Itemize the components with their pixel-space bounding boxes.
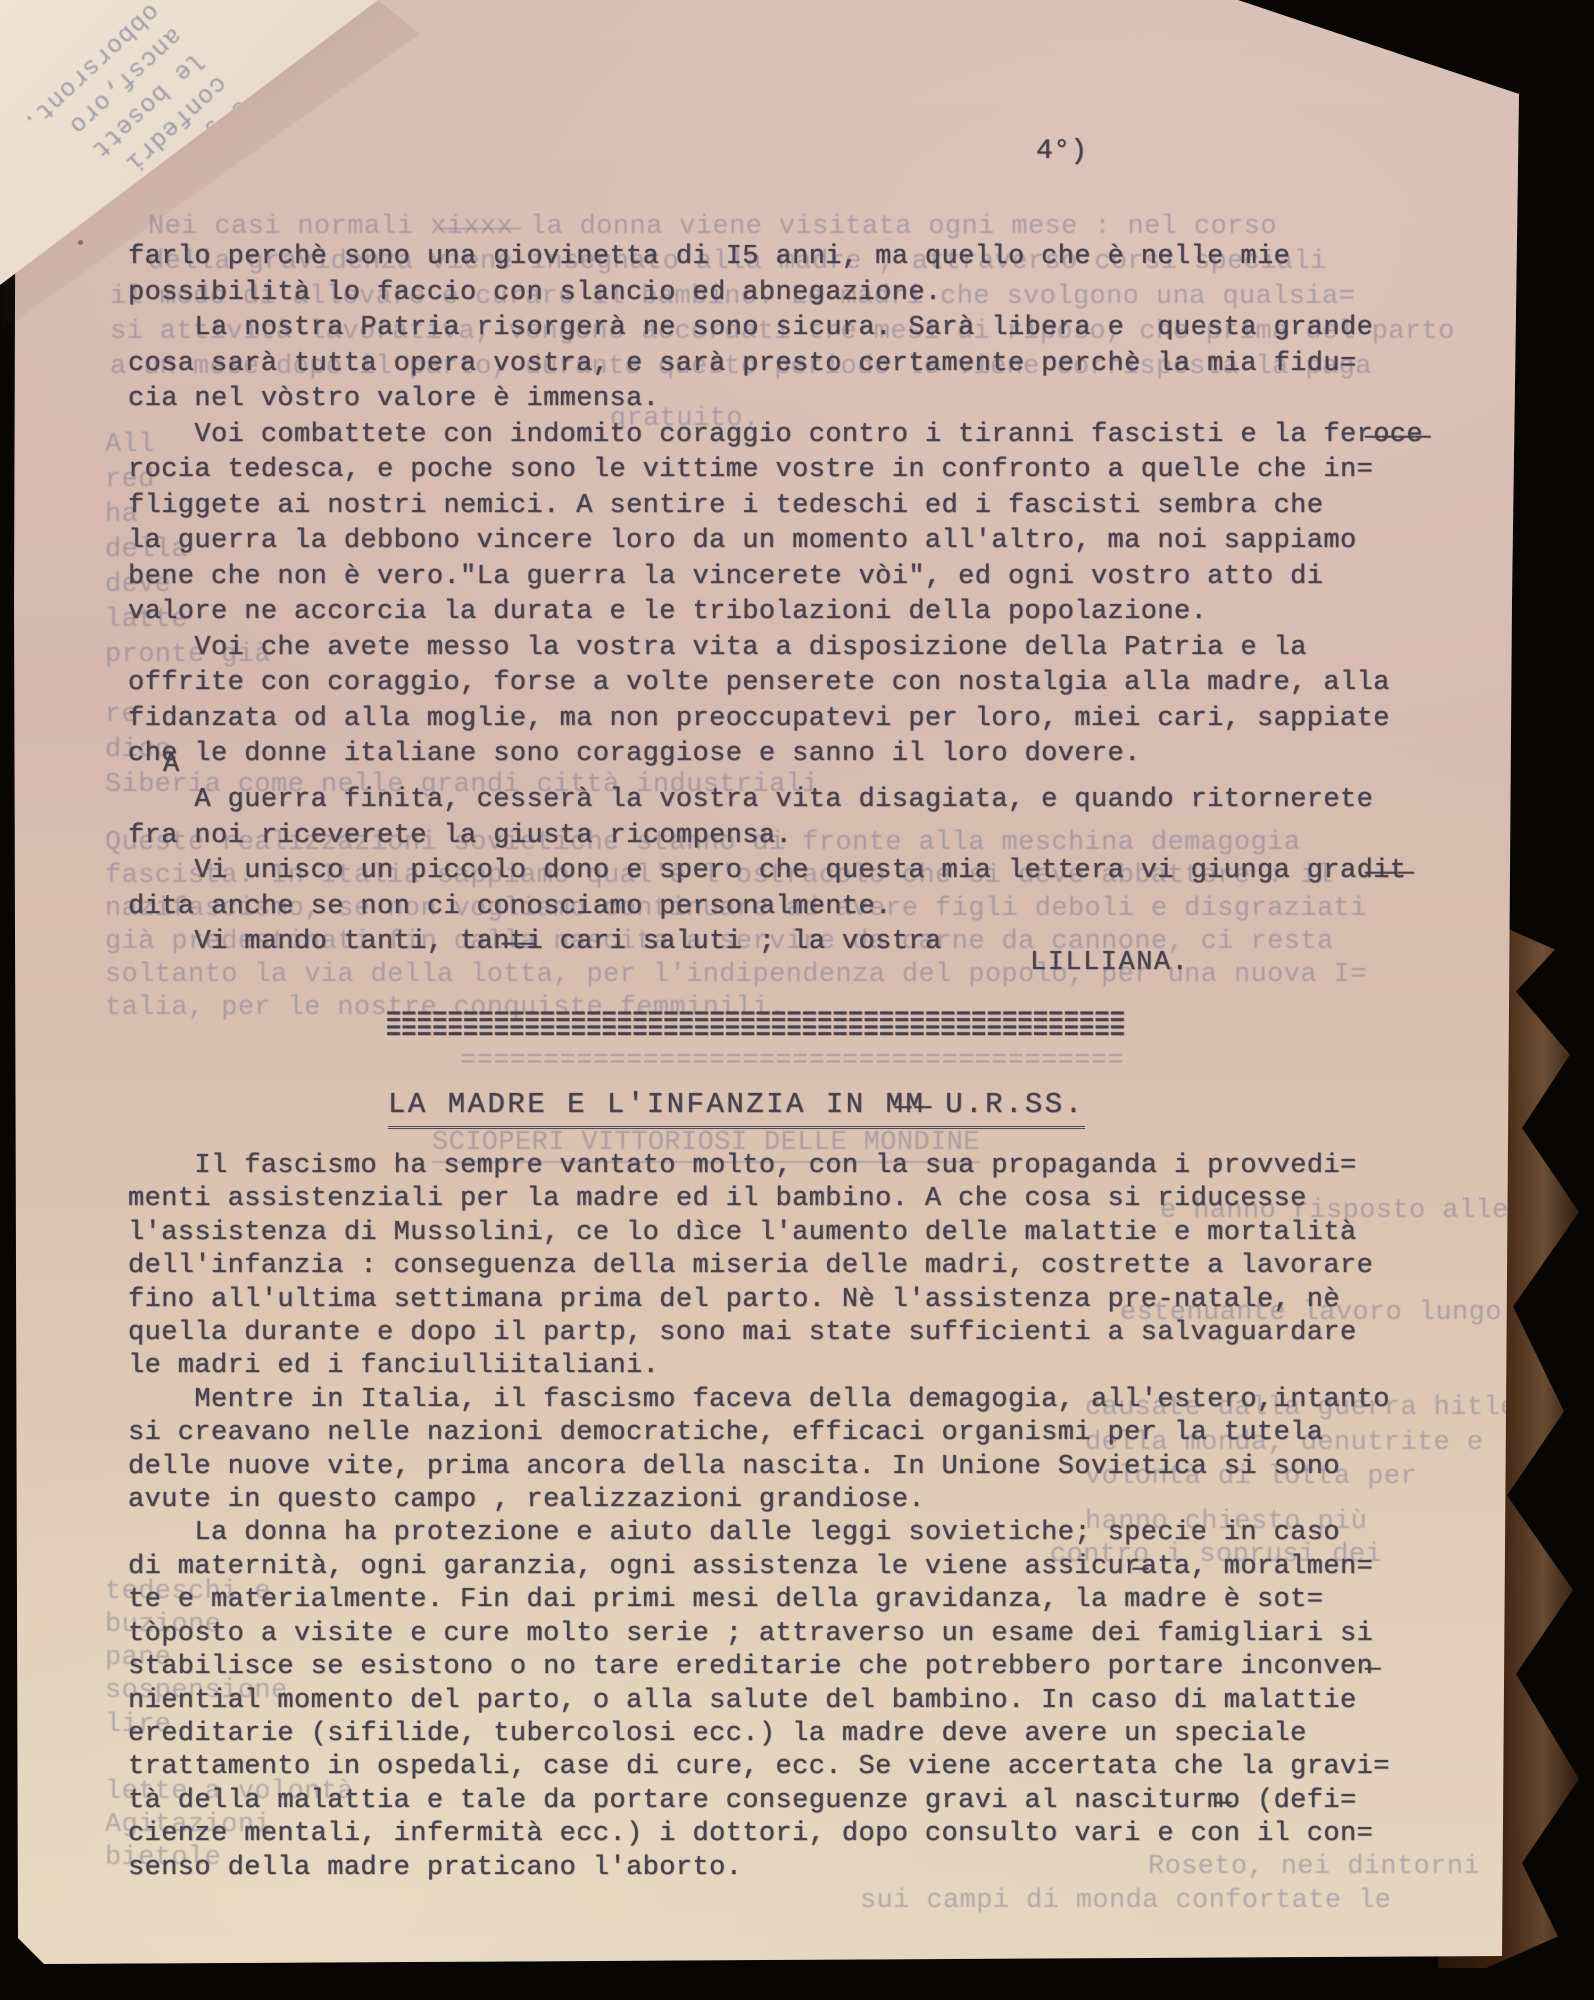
letter-body-bottom: A guerra finita, cesserà la vostra vita … [128,783,1528,961]
section-divider: ========================================… [386,1012,1125,1040]
letter-signature: LILLIANA. [1030,948,1189,978]
ghost-bleedthrough-line: sui campi di monda confortate le [860,1886,1391,1916]
document-page: 4°) Nei casi normali x̶i̶x̶x̶x̶ la donna… [0,0,1594,2000]
ghost-bleedthrough-line: Nei casi normali x̶i̶x̶x̶x̶ la donna vie… [148,212,1277,242]
scanned-document: { "page": { "number_label": "4°)" }, "le… [0,0,1594,2000]
page-number: 4°) [1036,136,1088,167]
typed-correction: A [163,750,180,780]
ghost-bleedthrough-line: ======================================== [460,1046,1124,1076]
letter-body-top: farlo perchè sono una giovinetta di I5 a… [128,240,1528,773]
article-title: LA MADRE E L'INFANZIA IN M̶M̶ U.R.SS. [388,1088,1085,1129]
article-body: Il fascismo ha sempre vantato molto, con… [128,1150,1528,1885]
